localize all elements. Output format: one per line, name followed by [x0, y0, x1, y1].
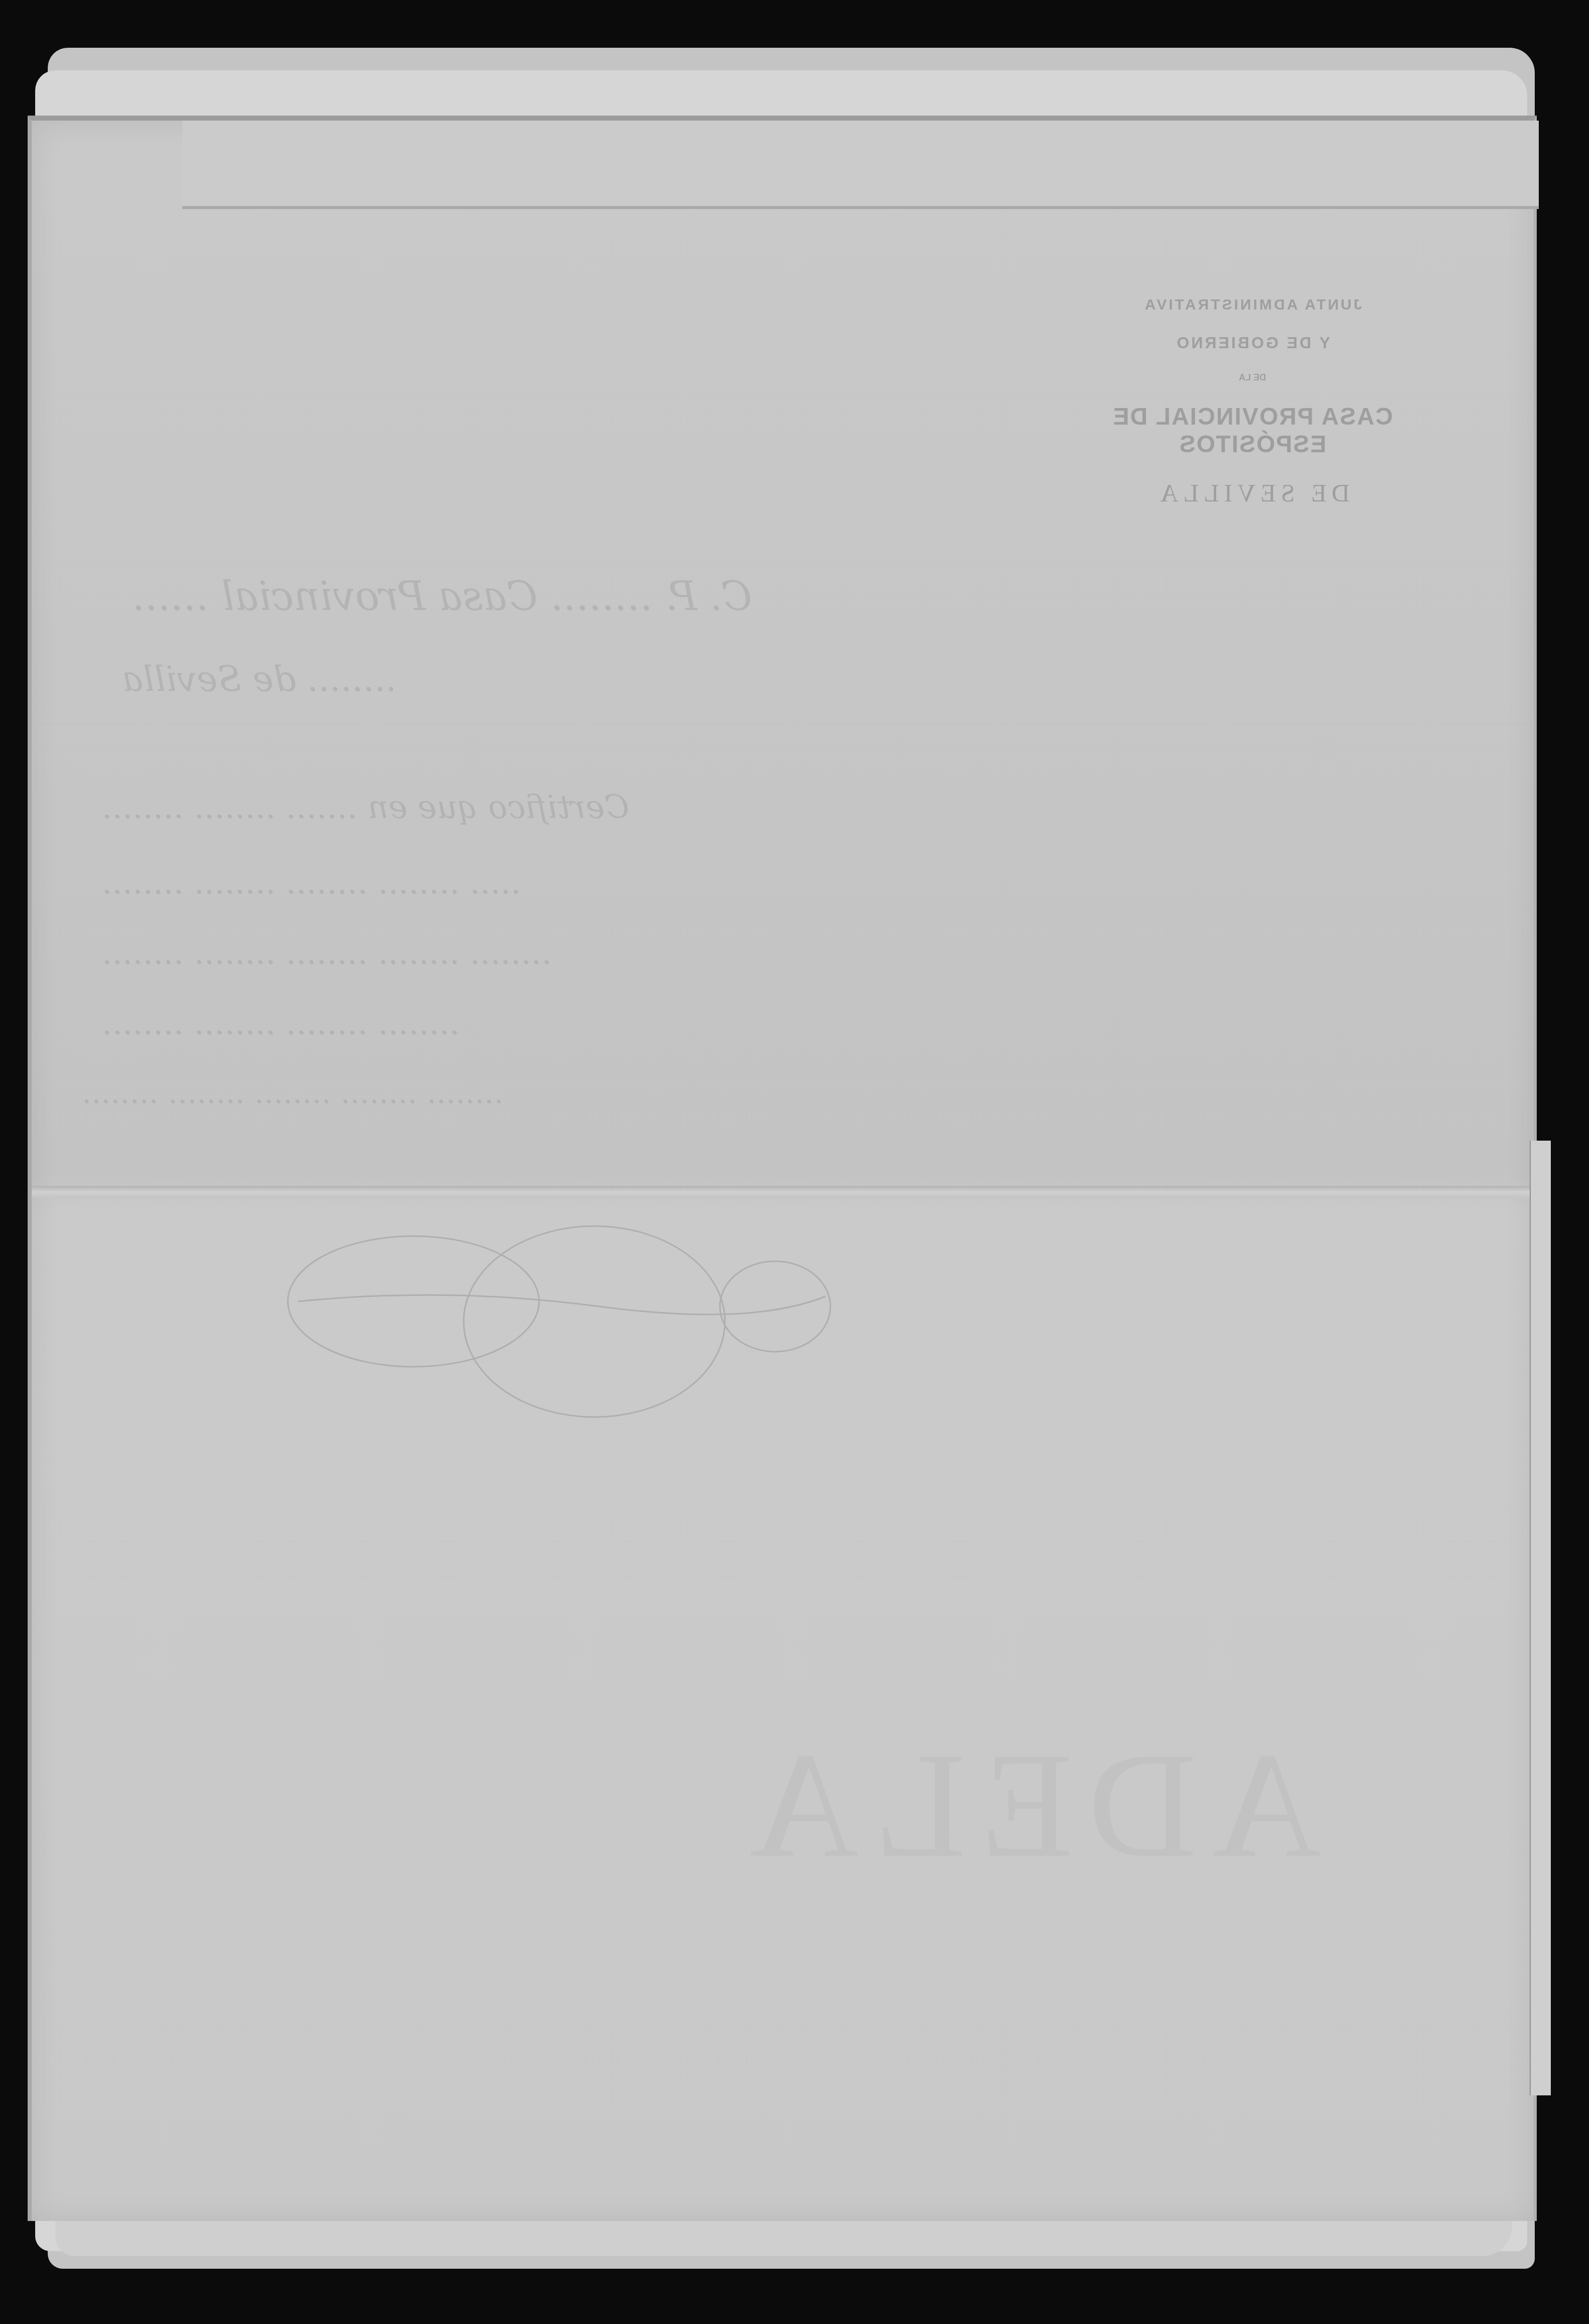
document-page: JUNTA ADMINISTRATIVA Y DE GOBIERNO DE LA…: [28, 116, 1537, 2221]
page-right-edge: [1530, 1141, 1551, 2095]
signature-flourish: [248, 1216, 901, 1467]
letterhead-line: DE SEVILLA: [1056, 478, 1448, 508]
handwritten-line: C. P. ........ Casa Provincial ......: [132, 573, 752, 620]
handwritten-line: Certifico que en ....... ........ ......…: [102, 789, 629, 826]
handwritten-line: ........ ........ ........ ........ ....…: [102, 935, 552, 972]
letterhead-line: JUNTA ADMINISTRATIVA: [1056, 296, 1448, 314]
handwritten-line: ........ ........ ........ ........ ....…: [82, 1075, 503, 1110]
letterhead-line: Y DE GOBIERNO: [1056, 334, 1448, 352]
page-fold-line: [32, 1186, 1534, 1198]
handwritten-line: ........ de Sevilla: [122, 658, 397, 699]
inner-sheet-edge: [182, 121, 1539, 209]
handwritten-line: ........ ........ ........ ........: [102, 1005, 460, 1042]
watermark: ADELA: [735, 1719, 1321, 1892]
letterhead-line: CASA PROVINCIAL DE ESPÓSITOS: [1056, 403, 1448, 458]
letterhead-line: DE LA: [1056, 372, 1448, 383]
handwritten-line: ..... ........ ........ ........ .......…: [102, 864, 521, 901]
letterhead-bleedthrough: JUNTA ADMINISTRATIVA Y DE GOBIERNO DE LA…: [1056, 296, 1448, 508]
